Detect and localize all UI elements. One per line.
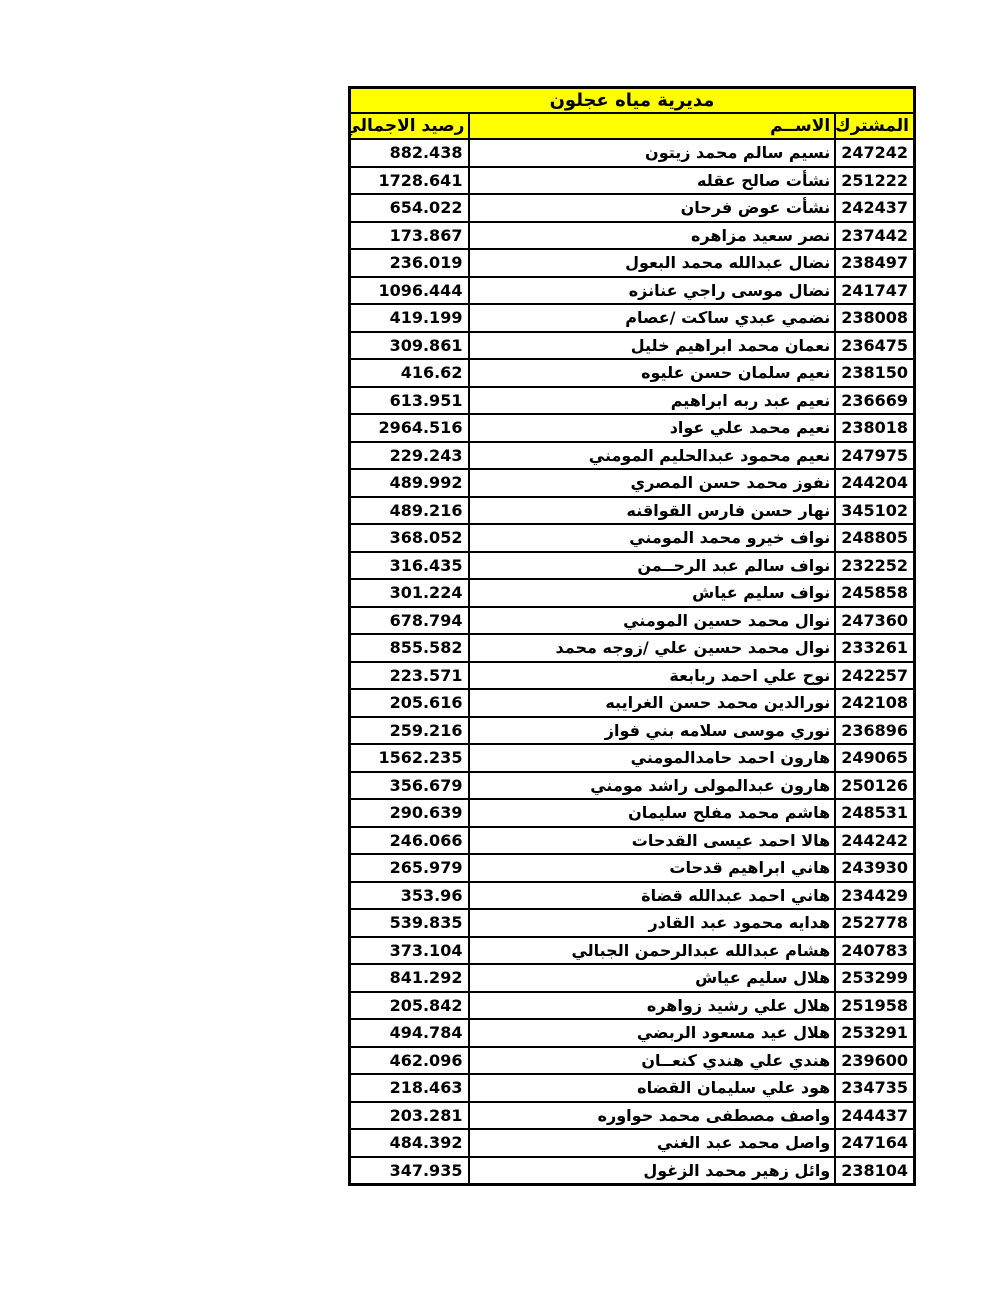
table-row: 241747نضال موسى راجي عنانزه1096.444 — [350, 277, 915, 305]
name-cell: نضال موسى راجي عنانزه — [469, 277, 835, 305]
balance-cell: 223.571 — [350, 662, 470, 690]
subscriber-cell: 248805 — [835, 524, 914, 552]
subscriber-cell: 247975 — [835, 442, 914, 470]
subscriber-cell: 238497 — [835, 249, 914, 277]
name-cell: نضال عبدالله محمد البعول — [469, 249, 835, 277]
name-cell: نعيم محمد علي عواد — [469, 414, 835, 442]
name-cell: هلال عيد مسعود الربضي — [469, 1019, 835, 1047]
table-row: 248805نواف خيرو محمد المومني368.052 — [350, 524, 915, 552]
subscriber-cell: 249065 — [835, 744, 914, 772]
balance-cell: 855.582 — [350, 634, 470, 662]
balance-cell: 205.842 — [350, 992, 470, 1020]
subscriber-cell: 247242 — [835, 139, 914, 167]
subscriber-cell: 250126 — [835, 772, 914, 800]
name-cell: نهار حسن فارس القواقنه — [469, 497, 835, 525]
name-cell: نفوز محمد حسن المصري — [469, 469, 835, 497]
table-row: 238104وائل زهير محمد الزغول347.935 — [350, 1157, 915, 1185]
balance-cell: 539.835 — [350, 909, 470, 937]
subscriber-cell: 238104 — [835, 1157, 914, 1185]
balance-cell: 1096.444 — [350, 277, 470, 305]
subscriber-cell: 253291 — [835, 1019, 914, 1047]
subscriber-cell: 240783 — [835, 937, 914, 965]
table-row: 251958هلال علي رشيد زواهره205.842 — [350, 992, 915, 1020]
subscriber-cell: 236896 — [835, 717, 914, 745]
name-cell: هارون عبدالمولى راشد مومني — [469, 772, 835, 800]
name-cell: وائل زهير محمد الزغول — [469, 1157, 835, 1185]
balance-cell: 489.216 — [350, 497, 470, 525]
name-cell: واصف مصطفى محمد حواوره — [469, 1102, 835, 1130]
subscriber-cell: 239600 — [835, 1047, 914, 1075]
subscriber-cell: 236669 — [835, 387, 914, 415]
name-cell: نورالدين محمد حسن الغرايبه — [469, 689, 835, 717]
subscriber-cell: 241747 — [835, 277, 914, 305]
subscriber-cell: 244437 — [835, 1102, 914, 1130]
balance-cell: 218.463 — [350, 1074, 470, 1102]
table-row: 239600هندي علي هندي كنعــان462.096 — [350, 1047, 915, 1075]
name-cell: نعيم محمود عبدالحليم المومني — [469, 442, 835, 470]
table-row: 247164واصل محمد عبد الغني484.392 — [350, 1129, 915, 1157]
subscriber-cell: 251222 — [835, 167, 914, 195]
subscriber-cell: 248531 — [835, 799, 914, 827]
table-row: 242108نورالدين محمد حسن الغرايبه205.616 — [350, 689, 915, 717]
name-cell: نوح علي احمد ربابعة — [469, 662, 835, 690]
balance-cell: 316.435 — [350, 552, 470, 580]
balance-cell: 259.216 — [350, 717, 470, 745]
table-row: 247975نعيم محمود عبدالحليم المومني229.24… — [350, 442, 915, 470]
balance-cell: 494.784 — [350, 1019, 470, 1047]
table-row: 249065هارون احمد حامدالمومني1562.235 — [350, 744, 915, 772]
balance-cell: 236.019 — [350, 249, 470, 277]
page: مديرية مياه عجلون المشترك الاســم رصيد ا… — [0, 0, 1000, 1294]
name-cell: هاشم محمد مفلح سليمان — [469, 799, 835, 827]
table-row: 240783هشام عبدالله عبدالرحمن الجبالي373.… — [350, 937, 915, 965]
name-cell: هشام عبدالله عبدالرحمن الجبالي — [469, 937, 835, 965]
table-row: 236896نوري موسى سلامه بني فواز259.216 — [350, 717, 915, 745]
header-subscriber: المشترك — [835, 113, 914, 139]
balance-cell: 2964.516 — [350, 414, 470, 442]
name-cell: نواف خيرو محمد المومني — [469, 524, 835, 552]
subscriber-cell: 234429 — [835, 882, 914, 910]
balance-cell: 489.992 — [350, 469, 470, 497]
table-row: 248531هاشم محمد مفلح سليمان290.639 — [350, 799, 915, 827]
balance-cell: 416.62 — [350, 359, 470, 387]
subscriber-cell: 242437 — [835, 194, 914, 222]
subscriber-cell: 238150 — [835, 359, 914, 387]
table-title-row: مديرية مياه عجلون — [350, 88, 915, 114]
table-row: 238008نضمي عبدي ساكت /عصام419.199 — [350, 304, 915, 332]
balance-cell: 290.639 — [350, 799, 470, 827]
name-cell: نشأت صالح عقله — [469, 167, 835, 195]
balance-cell: 613.951 — [350, 387, 470, 415]
balance-cell: 205.616 — [350, 689, 470, 717]
subscriber-cell: 245858 — [835, 579, 914, 607]
table-row: 251222نشأت صالح عقله1728.641 — [350, 167, 915, 195]
table-row: 244242هالا احمد عيسى القدحات246.066 — [350, 827, 915, 855]
table-row: 244204نفوز محمد حسن المصري489.992 — [350, 469, 915, 497]
subscriber-cell: 251958 — [835, 992, 914, 1020]
balance-cell: 265.979 — [350, 854, 470, 882]
balance-cell: 347.935 — [350, 1157, 470, 1185]
table-row: 234429هاني احمد عبدالله قضاة353.96 — [350, 882, 915, 910]
table-row: 250126هارون عبدالمولى راشد مومني356.679 — [350, 772, 915, 800]
table-row: 253299هلال سليم عياش841.292 — [350, 964, 915, 992]
table-row: 244437واصف مصطفى محمد حواوره203.281 — [350, 1102, 915, 1130]
name-cell: نواف سالم عبد الرحــمن — [469, 552, 835, 580]
table-row: 234735هود علي سليمان القضاه218.463 — [350, 1074, 915, 1102]
balance-cell: 229.243 — [350, 442, 470, 470]
subscriber-cell: 253299 — [835, 964, 914, 992]
subscriber-cell: 232252 — [835, 552, 914, 580]
subscriber-cell: 345102 — [835, 497, 914, 525]
table-title: مديرية مياه عجلون — [350, 88, 915, 114]
table-row: 345102نهار حسن فارس القواقنه489.216 — [350, 497, 915, 525]
table-row: 247360نوال محمد حسين المومني678.794 — [350, 607, 915, 635]
balance-cell: 462.096 — [350, 1047, 470, 1075]
balance-cell: 373.104 — [350, 937, 470, 965]
table-row: 238150نعيم سلمان حسن عليوه416.62 — [350, 359, 915, 387]
table-row: 252778هدايه محمود عبد القادر539.835 — [350, 909, 915, 937]
table-header-row: المشترك الاســم رصيد الاجمالي — [350, 113, 915, 139]
header-balance: رصيد الاجمالي — [350, 113, 470, 139]
subscriber-cell: 243930 — [835, 854, 914, 882]
table-row: 242437نشأت عوض فرحان654.022 — [350, 194, 915, 222]
name-cell: نواف سليم عياش — [469, 579, 835, 607]
name-cell: نعيم عبد ربه ابراهيم — [469, 387, 835, 415]
subscriber-cell: 244204 — [835, 469, 914, 497]
name-cell: نسيم سالم محمد زيتون — [469, 139, 835, 167]
name-cell: نوري موسى سلامه بني فواز — [469, 717, 835, 745]
table-row: 238497نضال عبدالله محمد البعول236.019 — [350, 249, 915, 277]
table-body: 247242نسيم سالم محمد زيتون882.438251222ن… — [350, 139, 915, 1184]
balance-cell: 301.224 — [350, 579, 470, 607]
table-row: 237442نصر سعيد مزاهره173.867 — [350, 222, 915, 250]
table-row: 238018نعيم محمد علي عواد2964.516 — [350, 414, 915, 442]
subscriber-cell: 238008 — [835, 304, 914, 332]
subscriber-cell: 242257 — [835, 662, 914, 690]
subscriber-cell: 247164 — [835, 1129, 914, 1157]
table-row: 236669نعيم عبد ربه ابراهيم613.951 — [350, 387, 915, 415]
table-row: 233261نوال محمد حسين علي /زوجه محمد855.5… — [350, 634, 915, 662]
table-row: 253291هلال عيد مسعود الربضي494.784 — [350, 1019, 915, 1047]
name-cell: نشأت عوض فرحان — [469, 194, 835, 222]
balance-cell: 484.392 — [350, 1129, 470, 1157]
water-balance-table: مديرية مياه عجلون المشترك الاســم رصيد ا… — [348, 86, 916, 1186]
balance-cell: 841.292 — [350, 964, 470, 992]
balance-cell: 654.022 — [350, 194, 470, 222]
name-cell: نوال محمد حسين المومني — [469, 607, 835, 635]
balance-cell: 882.438 — [350, 139, 470, 167]
name-cell: هاني ابراهيم قدحات — [469, 854, 835, 882]
table-row: 247242نسيم سالم محمد زيتون882.438 — [350, 139, 915, 167]
subscriber-cell: 237442 — [835, 222, 914, 250]
balance-cell: 309.861 — [350, 332, 470, 360]
name-cell: نعيم سلمان حسن عليوه — [469, 359, 835, 387]
subscriber-cell: 252778 — [835, 909, 914, 937]
name-cell: نصر سعيد مزاهره — [469, 222, 835, 250]
subscriber-cell: 233261 — [835, 634, 914, 662]
name-cell: واصل محمد عبد الغني — [469, 1129, 835, 1157]
subscriber-cell: 242108 — [835, 689, 914, 717]
table-row: 245858نواف سليم عياش301.224 — [350, 579, 915, 607]
name-cell: نعمان محمد ابراهيم خليل — [469, 332, 835, 360]
balance-cell: 678.794 — [350, 607, 470, 635]
name-cell: هاني احمد عبدالله قضاة — [469, 882, 835, 910]
balance-cell: 246.066 — [350, 827, 470, 855]
subscriber-cell: 247360 — [835, 607, 914, 635]
balance-cell: 203.281 — [350, 1102, 470, 1130]
table-row: 243930هاني ابراهيم قدحات265.979 — [350, 854, 915, 882]
subscriber-cell: 236475 — [835, 332, 914, 360]
name-cell: هندي علي هندي كنعــان — [469, 1047, 835, 1075]
name-cell: نضمي عبدي ساكت /عصام — [469, 304, 835, 332]
name-cell: هود علي سليمان القضاه — [469, 1074, 835, 1102]
name-cell: نوال محمد حسين علي /زوجه محمد — [469, 634, 835, 662]
name-cell: هالا احمد عيسى القدحات — [469, 827, 835, 855]
subscriber-cell: 244242 — [835, 827, 914, 855]
table-row: 242257نوح علي احمد ربابعة223.571 — [350, 662, 915, 690]
table-row: 232252نواف سالم عبد الرحــمن316.435 — [350, 552, 915, 580]
table-row: 236475نعمان محمد ابراهيم خليل309.861 — [350, 332, 915, 360]
balance-cell: 173.867 — [350, 222, 470, 250]
name-cell: هارون احمد حامدالمومني — [469, 744, 835, 772]
subscriber-cell: 238018 — [835, 414, 914, 442]
name-cell: هلال علي رشيد زواهره — [469, 992, 835, 1020]
subscriber-cell: 234735 — [835, 1074, 914, 1102]
balance-cell: 419.199 — [350, 304, 470, 332]
header-name: الاســم — [469, 113, 835, 139]
balance-cell: 356.679 — [350, 772, 470, 800]
balance-cell: 1728.641 — [350, 167, 470, 195]
name-cell: هدايه محمود عبد القادر — [469, 909, 835, 937]
name-cell: هلال سليم عياش — [469, 964, 835, 992]
balance-cell: 353.96 — [350, 882, 470, 910]
balance-cell: 1562.235 — [350, 744, 470, 772]
balance-cell: 368.052 — [350, 524, 470, 552]
